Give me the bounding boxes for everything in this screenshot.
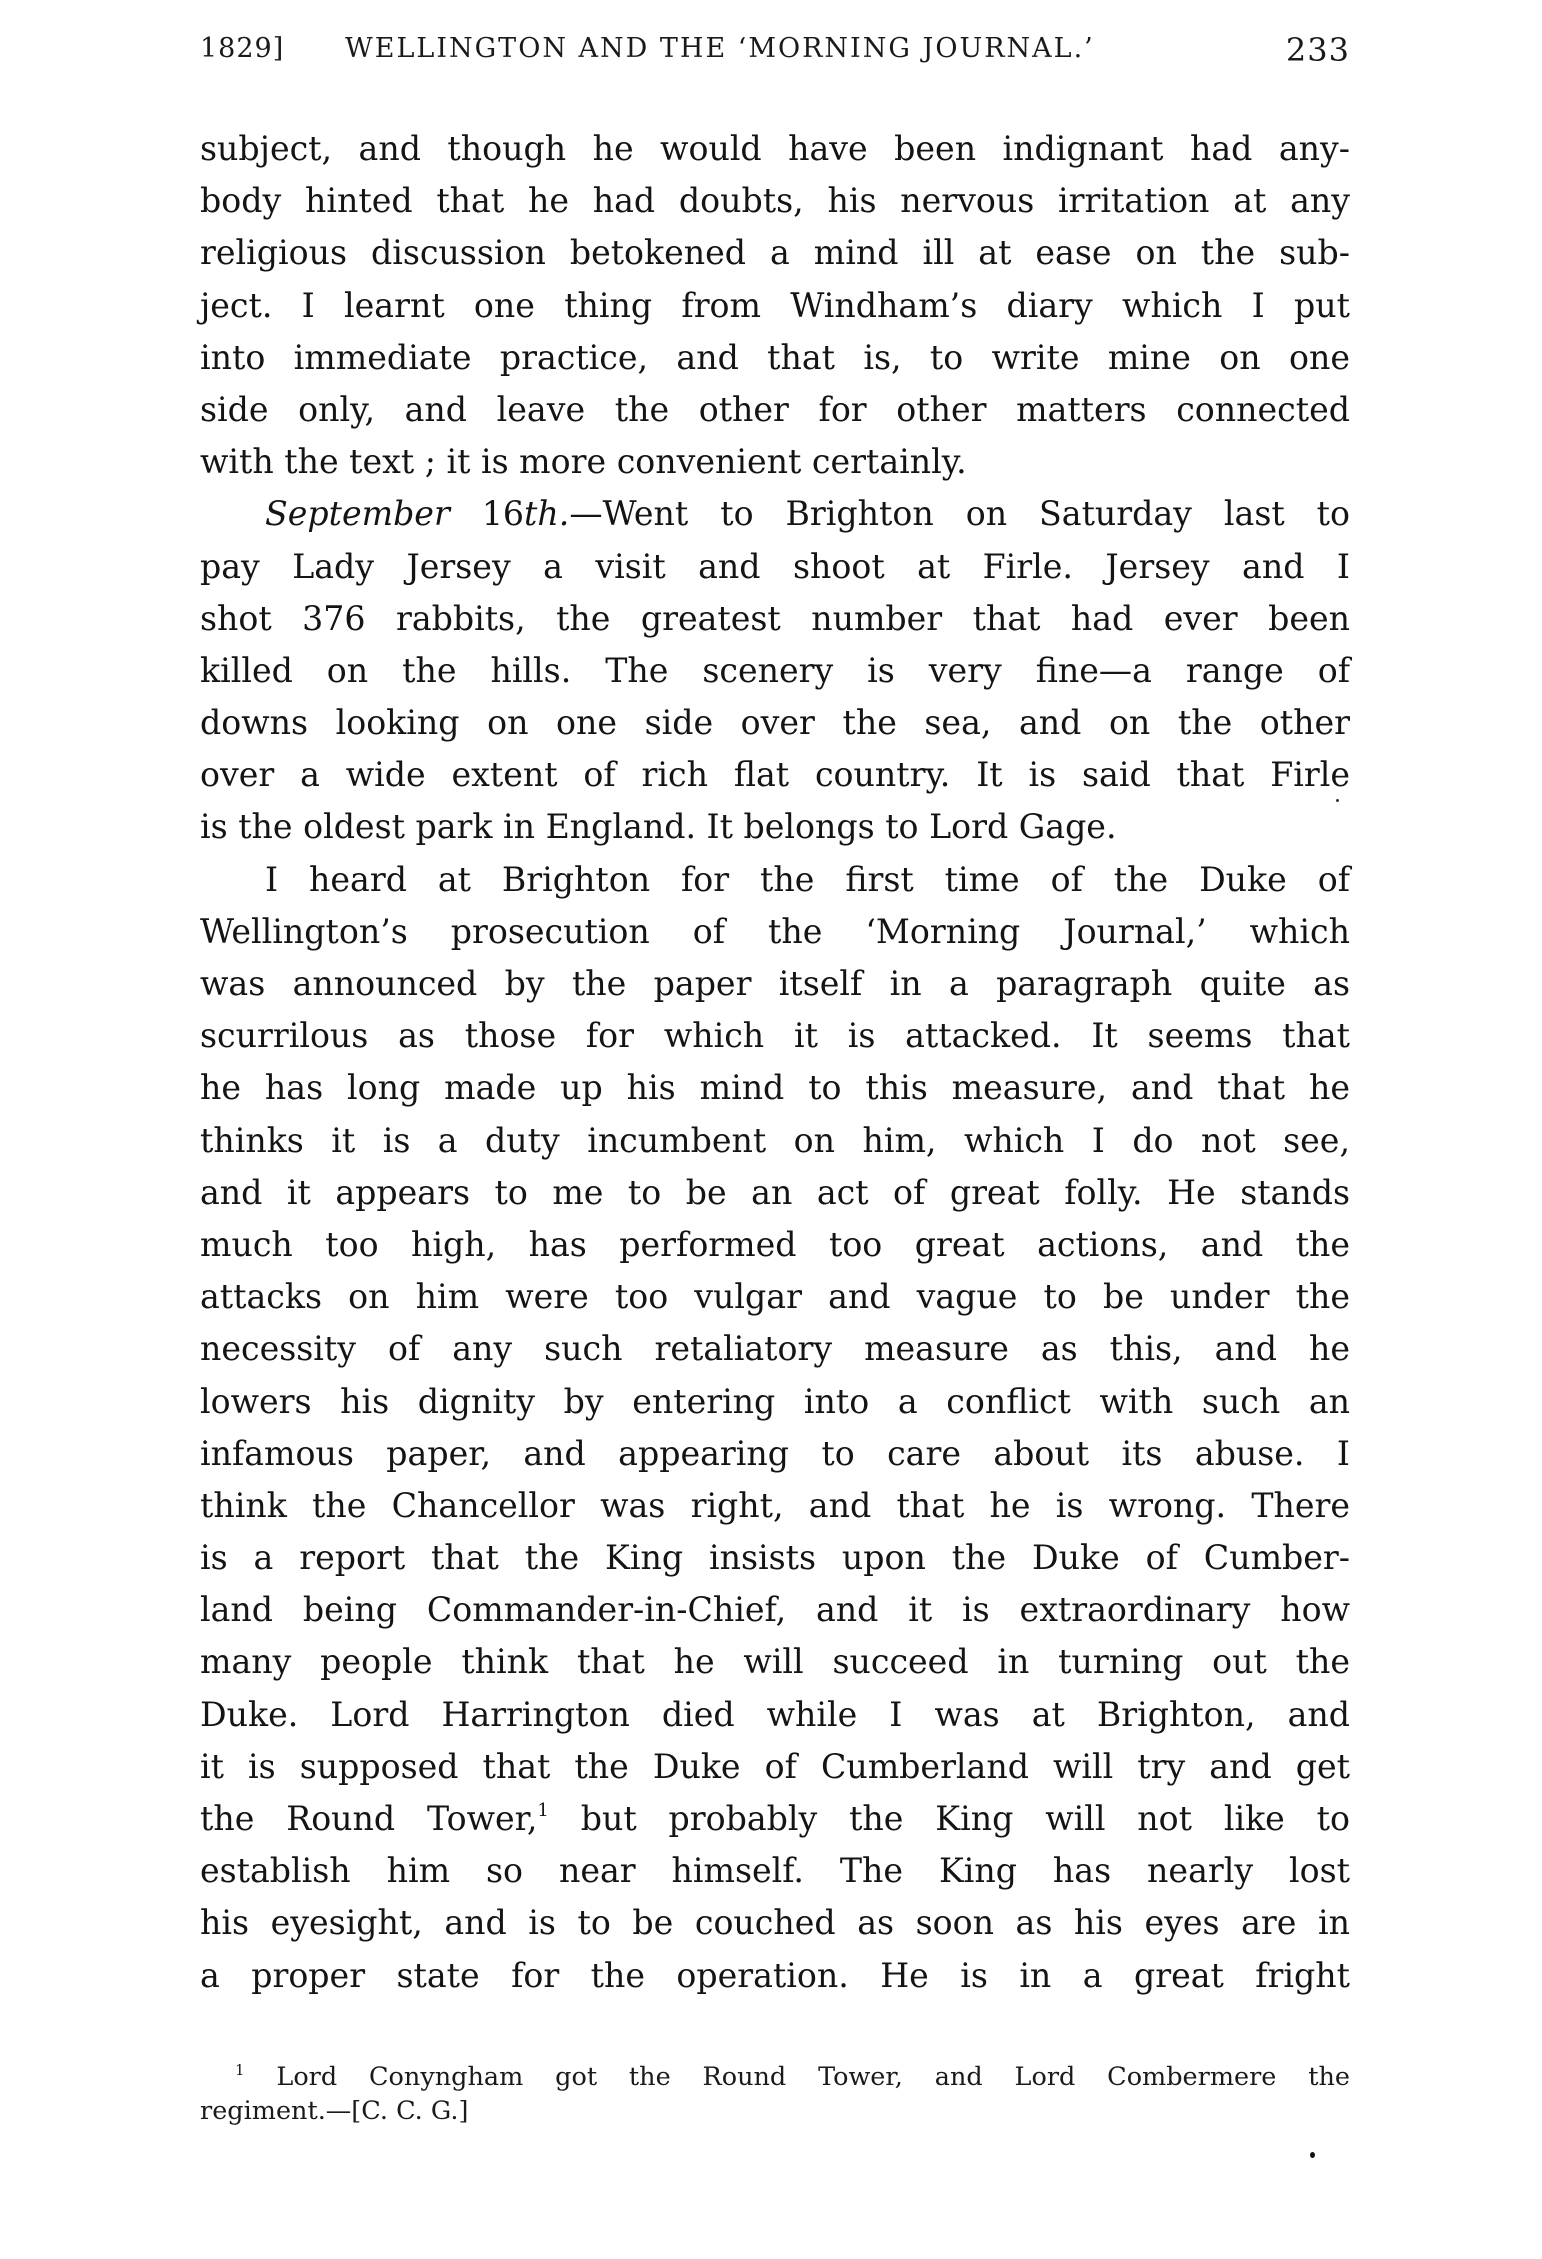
footnote-reference[interactable]: 1 — [537, 1800, 548, 1821]
footnote-line: 1 Lord Conyngham got the Round Tower, an… — [200, 2060, 1350, 2094]
entry-day-suffix: th. — [524, 494, 569, 533]
text-line: land being Commander-in-Chief, and it is… — [200, 1584, 1350, 1636]
text-line: it is supposed that the Duke of Cumberla… — [200, 1741, 1350, 1793]
text-line: thinks it is a duty incumbent on him, wh… — [200, 1115, 1350, 1167]
text-line: Duke. Lord Harrington died while I was a… — [200, 1689, 1350, 1741]
text-line: a proper state for the operation. He is … — [200, 1950, 1350, 2002]
text-line: and it appears to me to be an act of gre… — [200, 1167, 1350, 1219]
text-line: I heard at Brighton for the first time o… — [200, 854, 1350, 906]
text-segment: the Round Tower, — [200, 1799, 537, 1838]
footnote-marker: 1 — [235, 2061, 245, 2079]
text-line: is a report that the King insists upon t… — [200, 1532, 1350, 1584]
print-speck — [1336, 799, 1339, 802]
footnote-text: Lord Conyngham got the Round Tower, and … — [245, 2062, 1350, 2092]
footnote-line: regiment.—[C. C. G.] — [200, 2094, 1350, 2128]
text-line: with the text ; it is more convenient ce… — [200, 436, 1350, 488]
text-line: pay Lady Jersey a visit and shoot at Fir… — [200, 541, 1350, 593]
text-line: over a wide extent of rich flat country.… — [200, 749, 1350, 801]
text-line: attacks on him were too vulgar and vague… — [200, 1271, 1350, 1323]
book-page: 1829] WELLINGTON AND THE ‘MORNING JOURNA… — [0, 0, 1542, 2259]
entry-day: 16 — [450, 494, 524, 533]
text-line: many people think that he will succeed i… — [200, 1636, 1350, 1688]
text-line: lowers his dignity by entering into a co… — [200, 1376, 1350, 1428]
text-line: much too high, has performed too great a… — [200, 1219, 1350, 1271]
text-line: he has long made up his mind to this mea… — [200, 1062, 1350, 1114]
body-text: subject, and though he would have been i… — [200, 123, 1350, 2002]
print-speck — [1310, 2152, 1315, 2158]
text-line: shot 376 rabbits, the greatest number th… — [200, 593, 1350, 645]
text-line: body hinted that he had doubts, his nerv… — [200, 175, 1350, 227]
text-line: Wellington’s prosecution of the ‘Morning… — [200, 906, 1350, 958]
text-line: side only, and leave the other for other… — [200, 384, 1350, 436]
footnotes: 1 Lord Conyngham got the Round Tower, an… — [200, 2060, 1350, 2128]
text-line: think the Chancellor was right, and that… — [200, 1480, 1350, 1532]
text-line: religious discussion betokened a mind il… — [200, 227, 1350, 279]
diary-entry-date-line: September 16th.—Went to Brighton on Satu… — [200, 488, 1350, 540]
text-segment: but probably the King will not like to — [549, 1799, 1350, 1838]
text-line: scurrilous as those for which it is atta… — [200, 1010, 1350, 1062]
text-line: killed on the hills. The scenery is very… — [200, 645, 1350, 697]
header-year: 1829] — [200, 33, 284, 64]
text-line: was announced by the paper itself in a p… — [200, 958, 1350, 1010]
text-line-with-footnote-ref: the Round Tower,1 but probably the King … — [200, 1793, 1350, 1845]
text-line: ject. I learnt one thing from Windham’s … — [200, 280, 1350, 332]
text-line: his eyesight, and is to be couched as so… — [200, 1897, 1350, 1949]
entry-month: September — [265, 494, 450, 533]
text-line: establish him so near himself. The King … — [200, 1845, 1350, 1897]
text-line: subject, and though he would have been i… — [200, 123, 1350, 175]
text-line: downs looking on one side over the sea, … — [200, 697, 1350, 749]
running-title: WELLINGTON AND THE ‘MORNING JOURNAL.’ — [345, 33, 1095, 64]
text-line: is the oldest park in England. It belong… — [200, 801, 1350, 853]
running-header: 1829] WELLINGTON AND THE ‘MORNING JOURNA… — [200, 33, 1350, 73]
page-number: 233 — [1286, 31, 1350, 69]
text-line: infamous paper, and appearing to care ab… — [200, 1428, 1350, 1480]
text-line: into immediate practice, and that is, to… — [200, 332, 1350, 384]
entry-text: —Went to Brighton on Saturday last to — [569, 494, 1350, 533]
text-line: necessity of any such retaliatory measur… — [200, 1323, 1350, 1375]
